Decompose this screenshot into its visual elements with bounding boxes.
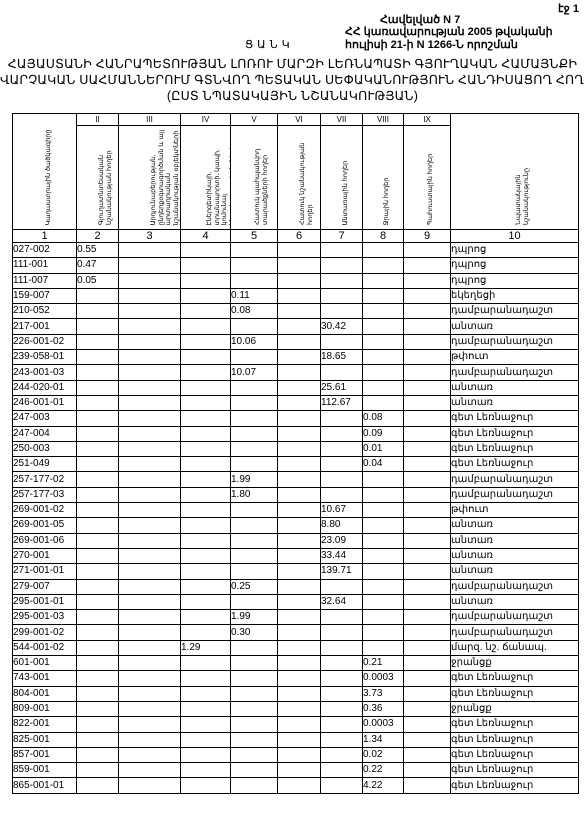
column-number: 6 (278, 230, 321, 243)
area-cell-col8 (363, 533, 404, 548)
table-row: 271-001-01139.71անտառ (13, 564, 579, 579)
cadastral-code-cell: 244-020-01 (13, 380, 77, 395)
area-cell-col4 (181, 380, 231, 395)
area-cell-col3 (119, 319, 181, 334)
column-header-3: Արդյունաբերության, ընդերքօգտագործման և ա… (119, 126, 181, 230)
area-cell-col6 (278, 671, 321, 686)
area-cell-col5: 1.99 (231, 472, 278, 487)
table-row: 295-001-031.99դամբարանադաշտ (13, 610, 579, 625)
column-header-label: Ջրային հողեր (383, 127, 391, 225)
area-cell-col4 (181, 625, 231, 640)
area-cell-col2 (77, 441, 119, 456)
table-row: 825-0011.34գետ Լեռնաջուր (13, 732, 579, 747)
area-cell-col9 (404, 273, 451, 288)
area-cell-col4 (181, 426, 231, 441)
area-cell-col7 (321, 365, 363, 380)
area-cell-col8 (363, 334, 404, 349)
table-header: Կադաստրային ծածկագիրըIIIIIIVVVIVIIVIIIIX… (13, 114, 579, 243)
area-cell-col3 (119, 564, 181, 579)
area-cell-col5 (231, 441, 278, 456)
area-cell-col6 (278, 701, 321, 716)
area-cell-col8 (363, 564, 404, 579)
area-cell-col2 (77, 671, 119, 686)
area-cell-col2: 0.47 (77, 258, 119, 273)
area-cell-col2 (77, 319, 119, 334)
area-cell-col4 (181, 656, 231, 671)
purpose-cell: թփուտ (451, 503, 579, 518)
table-row: 246-001-01112.67անտառ (13, 395, 579, 410)
table-row: 279-0070.25դամբարանադաշտ (13, 579, 579, 594)
table-row: 243-001-0310.07դամբարանադաշտ (13, 365, 579, 380)
area-cell-col5 (231, 548, 278, 563)
area-cell-col9 (404, 778, 451, 793)
area-cell-col8: 0.0003 (363, 671, 404, 686)
area-cell-col6 (278, 548, 321, 563)
cadastral-code-cell: 270-001 (13, 548, 77, 563)
purpose-cell: գետ Լեռնաջուր (451, 717, 579, 732)
purpose-cell: դամբարանադաշտ (451, 334, 579, 349)
area-cell-col9 (404, 426, 451, 441)
area-cell-col5: 0.08 (231, 304, 278, 319)
area-cell-col4 (181, 273, 231, 288)
area-cell-col9 (404, 656, 451, 671)
area-cell-col6 (278, 319, 321, 334)
area-cell-col7: 25.61 (321, 380, 363, 395)
area-cell-col5 (231, 503, 278, 518)
area-cell-col5: 1.80 (231, 487, 278, 502)
area-cell-col2 (77, 564, 119, 579)
area-cell-col3 (119, 288, 181, 303)
area-cell-col5 (231, 594, 278, 609)
area-cell-col5 (231, 380, 278, 395)
document-title-line-2: ՎԱՐՉԱԿԱՆ ՍԱՀՄԱՆՆԵՐՈՒՄ ԳՏՆՎՈՂ ՊԵՏԱԿԱՆ ՍԵՓ… (0, 72, 585, 87)
area-cell-col3 (119, 594, 181, 609)
table-row: 210-0520.08դամբարանադաշտ (13, 304, 579, 319)
area-cell-col7: 32.64 (321, 594, 363, 609)
area-cell-col2 (77, 472, 119, 487)
land-plots-table: Կադաստրային ծածկագիրըIIIIIIVVVIVIIVIIIIX… (12, 113, 579, 794)
column-roman-7: VII (321, 114, 363, 126)
area-cell-col4 (181, 518, 231, 533)
area-cell-col5 (231, 747, 278, 762)
area-cell-col9 (404, 686, 451, 701)
list-heading: ՑԱՆԿ (245, 38, 294, 51)
area-cell-col8 (363, 579, 404, 594)
cadastral-code-cell: 269-001-02 (13, 503, 77, 518)
area-cell-col5: 10.07 (231, 365, 278, 380)
area-cell-col5 (231, 717, 278, 732)
area-cell-col4 (181, 365, 231, 380)
cadastral-code-cell: 857-001 (13, 747, 77, 762)
area-cell-col4 (181, 686, 231, 701)
area-cell-col3 (119, 610, 181, 625)
area-cell-col2 (77, 334, 119, 349)
area-cell-col2 (77, 457, 119, 472)
area-cell-col4 (181, 319, 231, 334)
area-cell-col8 (363, 319, 404, 334)
area-cell-col7 (321, 625, 363, 640)
area-cell-col2 (77, 763, 119, 778)
column-header-1: Կադաստրային ծածկագիրը (13, 114, 77, 230)
area-cell-col8: 0.08 (363, 411, 404, 426)
area-cell-col7 (321, 258, 363, 273)
column-number: 4 (181, 230, 231, 243)
column-roman-6: VI (278, 114, 321, 126)
area-cell-col6 (278, 472, 321, 487)
area-cell-col6 (278, 273, 321, 288)
area-cell-col3 (119, 457, 181, 472)
area-cell-col2 (77, 686, 119, 701)
area-cell-col8 (363, 548, 404, 563)
column-number-row: 12345678910 (13, 230, 579, 243)
area-cell-col6 (278, 457, 321, 472)
column-header-8: Ջրային հողեր (363, 126, 404, 230)
cadastral-code-cell: 217-001 (13, 319, 77, 334)
area-cell-col9 (404, 472, 451, 487)
area-cell-col9 (404, 548, 451, 563)
area-cell-col2 (77, 503, 119, 518)
area-cell-col4 (181, 747, 231, 762)
area-cell-col2 (77, 487, 119, 502)
cadastral-code-cell: 269-001-06 (13, 533, 77, 548)
area-cell-col9 (404, 304, 451, 319)
area-cell-col9 (404, 533, 451, 548)
area-cell-col5 (231, 350, 278, 365)
area-cell-col6 (278, 732, 321, 747)
area-cell-col5: 1.99 (231, 610, 278, 625)
area-cell-col4 (181, 594, 231, 609)
column-roman-9: IX (404, 114, 451, 126)
area-cell-col7 (321, 778, 363, 793)
area-cell-col3 (119, 365, 181, 380)
cadastral-code-cell: 257-177-02 (13, 472, 77, 487)
area-cell-col4 (181, 564, 231, 579)
area-cell-col5 (231, 701, 278, 716)
area-cell-col2 (77, 732, 119, 747)
table-row: 299-001-020.30դամբարանադաշտ (13, 625, 579, 640)
area-cell-col9 (404, 732, 451, 747)
area-cell-col6 (278, 594, 321, 609)
table-row: 859-0010.22գետ Լեռնաջուր (13, 763, 579, 778)
area-cell-col8 (363, 350, 404, 365)
table-row: 217-00130.42անտառ (13, 319, 579, 334)
table-row: 257-177-031.80դամբարանադաշտ (13, 487, 579, 502)
cadastral-code-cell: 825-001 (13, 732, 77, 747)
area-cell-col3 (119, 304, 181, 319)
purpose-cell: դամբարանադաշտ (451, 304, 579, 319)
area-cell-col6 (278, 334, 321, 349)
area-cell-col4 (181, 457, 231, 472)
area-cell-col9 (404, 747, 451, 762)
area-cell-col7 (321, 656, 363, 671)
purpose-cell: գետ Լեռնաջուր (451, 671, 579, 686)
document-title-line-1: ՀԱՅԱՍՏԱՆԻ ՀԱՆՐԱՊԵՏՈՒԹՅԱՆ ԼՈՌՈՒ ՄԱՐԶԻ ԼԵՌ… (0, 56, 585, 71)
table-row: 111-0010.47դպրոց (13, 258, 579, 273)
area-cell-col4 (181, 350, 231, 365)
cadastral-code-cell: 743-001 (13, 671, 77, 686)
column-header-2: Գյուղատնտեսական նշանակության հողեր (77, 126, 119, 230)
area-cell-col4 (181, 243, 231, 258)
area-cell-col7 (321, 686, 363, 701)
column-header-7: Անտառային հողեր (321, 126, 363, 230)
column-header-6: Հատուկ նշանակության հողեր (278, 126, 321, 230)
area-cell-col8 (363, 258, 404, 273)
table-row: 743-0010.0003գետ Լեռնաջուր (13, 671, 579, 686)
column-header-label: Նպատակային նշանակությունը (515, 127, 530, 225)
area-cell-col3 (119, 640, 181, 655)
table-row: 269-001-058.80անտառ (13, 518, 579, 533)
area-cell-col8 (363, 243, 404, 258)
area-cell-col6 (278, 487, 321, 502)
area-cell-col7 (321, 288, 363, 303)
area-cell-col7: 10.67 (321, 503, 363, 518)
area-cell-col2 (77, 548, 119, 563)
area-cell-col8: 0.22 (363, 763, 404, 778)
area-cell-col9 (404, 640, 451, 655)
area-cell-col7 (321, 334, 363, 349)
table-row: 601-0010.21ջրանցք (13, 656, 579, 671)
column-roman-5: V (231, 114, 278, 126)
area-cell-col7 (321, 273, 363, 288)
area-cell-col9 (404, 625, 451, 640)
column-number: 10 (451, 230, 579, 243)
area-cell-col6 (278, 564, 321, 579)
area-cell-col8 (363, 288, 404, 303)
area-cell-col7 (321, 732, 363, 747)
area-cell-col3 (119, 426, 181, 441)
purpose-cell: գետ Լեռնաջուր (451, 457, 579, 472)
area-cell-col2 (77, 778, 119, 793)
area-cell-col7 (321, 747, 363, 762)
cadastral-code-cell: 247-003 (13, 411, 77, 426)
area-cell-col4: 1.29 (181, 640, 231, 655)
table-row: 809-0010.36ջրանցք (13, 701, 579, 716)
area-cell-col8 (363, 503, 404, 518)
area-cell-col9 (404, 380, 451, 395)
cadastral-code-cell: 210-052 (13, 304, 77, 319)
area-cell-col7 (321, 487, 363, 502)
area-cell-col9 (404, 579, 451, 594)
area-cell-col6 (278, 395, 321, 410)
cadastral-code-cell: 251-049 (13, 457, 77, 472)
area-cell-col5 (231, 763, 278, 778)
area-cell-col6 (278, 778, 321, 793)
area-cell-col3 (119, 763, 181, 778)
area-cell-col3 (119, 533, 181, 548)
purpose-cell: գետ Լեռնաջուր (451, 426, 579, 441)
area-cell-col9 (404, 610, 451, 625)
area-cell-col9 (404, 487, 451, 502)
area-cell-col3 (119, 579, 181, 594)
area-cell-col2 (77, 594, 119, 609)
area-cell-col6 (278, 441, 321, 456)
purpose-cell: դամբարանադաշտ (451, 487, 579, 502)
area-cell-col7: 30.42 (321, 319, 363, 334)
area-cell-col9 (404, 671, 451, 686)
area-cell-col6 (278, 717, 321, 732)
area-cell-col6 (278, 686, 321, 701)
table-row: 247-0040.09գետ Լեռնաջուր (13, 426, 579, 441)
area-cell-col9 (404, 763, 451, 778)
area-cell-col5: 0.25 (231, 579, 278, 594)
column-header-label: Կադաստրային ծածկագիրը (45, 127, 53, 225)
column-roman-8: VIII (363, 114, 404, 126)
area-cell-col8: 0.09 (363, 426, 404, 441)
area-cell-col8: 0.0003 (363, 717, 404, 732)
area-cell-col4 (181, 503, 231, 518)
column-header-label: Արդյունաբերության, ընդերքօգտագործման և ա… (150, 127, 181, 225)
cadastral-code-cell: 111-007 (13, 273, 77, 288)
area-cell-col5 (231, 319, 278, 334)
header-roman-row: Կադաստրային ծածկագիրըIIIIIIVVVIVIIVIIIIX… (13, 114, 579, 126)
area-cell-col2 (77, 747, 119, 762)
area-cell-col3 (119, 334, 181, 349)
column-roman-4: IV (181, 114, 231, 126)
area-cell-col8 (363, 472, 404, 487)
table-body: 027-0020.55դպրոց111-0010.47դպրոց111-0070… (13, 243, 579, 794)
cadastral-code-cell: 804-001 (13, 686, 77, 701)
area-cell-col7 (321, 763, 363, 778)
purpose-cell: դպրոց (451, 243, 579, 258)
table-row: 250-0030.01գետ Լեռնաջուր (13, 441, 579, 456)
area-cell-col3 (119, 548, 181, 563)
area-cell-col3 (119, 472, 181, 487)
area-cell-col2 (77, 426, 119, 441)
area-cell-col8: 0.02 (363, 747, 404, 762)
area-cell-col3 (119, 258, 181, 273)
area-cell-col8: 0.21 (363, 656, 404, 671)
column-number: 8 (363, 230, 404, 243)
area-cell-col3 (119, 487, 181, 502)
area-cell-col6 (278, 304, 321, 319)
area-cell-col2 (77, 304, 119, 319)
area-cell-col9 (404, 334, 451, 349)
cadastral-code-cell: 865-001-01 (13, 778, 77, 793)
column-number: 7 (321, 230, 363, 243)
purpose-cell: մարզ. նշ. ճանապ. (451, 640, 579, 655)
cadastral-code-cell: 295-001-01 (13, 594, 77, 609)
area-cell-col7 (321, 579, 363, 594)
table-row: 804-0013.73գետ Լեռնաջուր (13, 686, 579, 701)
cadastral-code-cell: 271-001-01 (13, 564, 77, 579)
area-cell-col3 (119, 518, 181, 533)
table-row: 857-0010.02գետ Լեռնաջուր (13, 747, 579, 762)
area-cell-col5 (231, 411, 278, 426)
area-cell-col3 (119, 717, 181, 732)
area-cell-col7 (321, 441, 363, 456)
area-cell-col8 (363, 640, 404, 655)
area-cell-col2 (77, 640, 119, 655)
column-header-label: Էներգետիկայի, տրանսպորտի, կապի, կոմունալ… (206, 127, 231, 225)
area-cell-col6 (278, 258, 321, 273)
table-row: 269-001-0623.09անտառ (13, 533, 579, 548)
area-cell-col9 (404, 441, 451, 456)
area-cell-col2 (77, 288, 119, 303)
area-cell-col8 (363, 273, 404, 288)
area-cell-col2 (77, 365, 119, 380)
area-cell-col5 (231, 258, 278, 273)
cadastral-code-cell: 269-001-05 (13, 518, 77, 533)
cadastral-code-cell: 544-001-02 (13, 640, 77, 655)
table-row: 226-001-0210.06դամբարանադաշտ (13, 334, 579, 349)
area-cell-col8 (363, 625, 404, 640)
purpose-cell: դամբարանադաշտ (451, 610, 579, 625)
column-header-label: Անտառային հողեր (342, 127, 350, 225)
area-cell-col4 (181, 472, 231, 487)
area-cell-col2 (77, 610, 119, 625)
area-cell-col6 (278, 656, 321, 671)
cadastral-code-cell: 822-001 (13, 717, 77, 732)
table-row: 244-020-0125.61անտառ (13, 380, 579, 395)
cadastral-code-cell: 246-001-01 (13, 395, 77, 410)
purpose-cell: անտառ (451, 319, 579, 334)
area-cell-col7 (321, 304, 363, 319)
area-cell-col2 (77, 701, 119, 716)
area-cell-col2: 0.55 (77, 243, 119, 258)
annex-decree-date: հուլիսի 21-ի N 1266-Ն որոշման (345, 38, 518, 51)
area-cell-col8 (363, 518, 404, 533)
area-cell-col6 (278, 579, 321, 594)
area-cell-col2 (77, 656, 119, 671)
area-cell-col6 (278, 518, 321, 533)
cadastral-code-cell: 257-177-03 (13, 487, 77, 502)
area-cell-col5 (231, 640, 278, 655)
area-cell-col9 (404, 350, 451, 365)
area-cell-col7: 112.67 (321, 395, 363, 410)
table-row: 865-001-014.22գետ Լեռնաջուր (13, 778, 579, 793)
area-cell-col4 (181, 288, 231, 303)
area-cell-col2 (77, 380, 119, 395)
page-number: էջ 1 (558, 2, 579, 15)
area-cell-col6 (278, 365, 321, 380)
area-cell-col7: 33.44 (321, 548, 363, 563)
area-cell-col9 (404, 717, 451, 732)
area-cell-col3 (119, 732, 181, 747)
table-row: 239-058-0118.65թփուտ (13, 350, 579, 365)
table-row: 159-0070.11եկեղեցի (13, 288, 579, 303)
area-cell-col4 (181, 701, 231, 716)
area-cell-col7 (321, 640, 363, 655)
area-cell-col5 (231, 564, 278, 579)
column-header-label: Գյուղատնտեսական նշանակության հողեր (98, 127, 113, 225)
table-row: 027-0020.55դպրոց (13, 243, 579, 258)
area-cell-col3 (119, 273, 181, 288)
area-cell-col6 (278, 533, 321, 548)
area-cell-col3 (119, 656, 181, 671)
area-cell-col6 (278, 243, 321, 258)
cadastral-code-cell: 279-007 (13, 579, 77, 594)
area-cell-col5 (231, 395, 278, 410)
area-cell-col3 (119, 701, 181, 716)
area-cell-col9 (404, 518, 451, 533)
purpose-cell: դամբարանադաշտ (451, 365, 579, 380)
area-cell-col4 (181, 258, 231, 273)
purpose-cell: գետ Լեռնաջուր (451, 778, 579, 793)
area-cell-col8 (363, 365, 404, 380)
cadastral-code-cell: 027-002 (13, 243, 77, 258)
area-cell-col5 (231, 457, 278, 472)
table-row: 247-0030.08գետ Լեռնաջուր (13, 411, 579, 426)
column-header-label: Հատուկ նշանակության հողեր (299, 127, 314, 225)
area-cell-col4 (181, 334, 231, 349)
column-number: 1 (13, 230, 77, 243)
area-cell-col8 (363, 594, 404, 609)
area-cell-col5 (231, 686, 278, 701)
area-cell-col4 (181, 533, 231, 548)
area-cell-col4 (181, 732, 231, 747)
area-cell-col4 (181, 717, 231, 732)
area-cell-col8 (363, 380, 404, 395)
